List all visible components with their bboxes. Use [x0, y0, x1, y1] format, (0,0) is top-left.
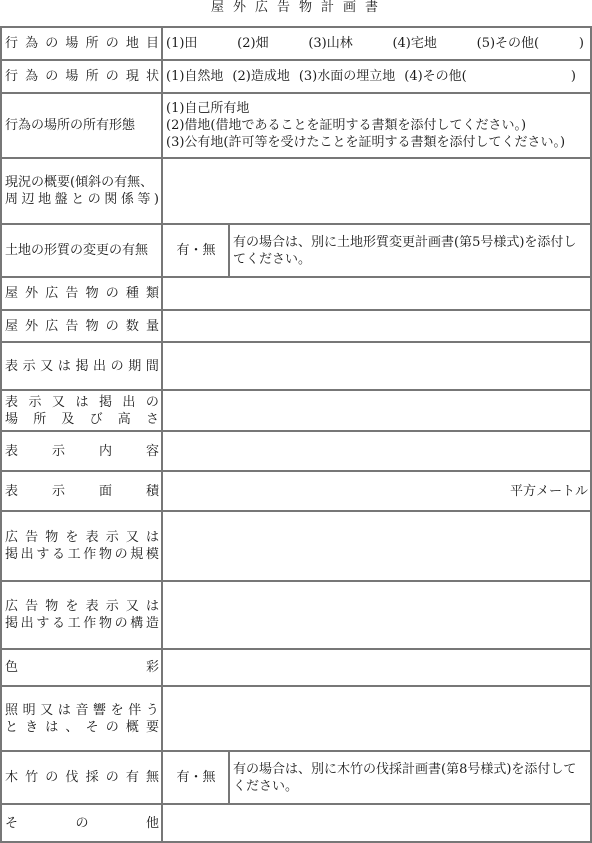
label-line-2: ときは、その概要: [5, 719, 159, 736]
option-residential[interactable]: (4)宅地: [392, 35, 436, 52]
field-display-content[interactable]: [162, 431, 591, 471]
field-ad-quantity[interactable]: [162, 310, 591, 342]
option-reclaimed-land[interactable]: (3)水面の埋立地: [299, 68, 395, 85]
row-display-period: 表示又は掲出の期間: [1, 342, 591, 390]
field-structure-scale[interactable]: [162, 511, 591, 581]
label-line-1: 広告物を表示又は: [5, 529, 159, 546]
label-tree-felling: 木竹の伐採の有無: [1, 751, 162, 804]
label-land-status: 行為の場所の現状: [1, 60, 162, 93]
field-display-area[interactable]: 平方メートル: [162, 471, 591, 511]
land-change-yes-no[interactable]: 有・無: [162, 224, 229, 277]
label-lighting-sound: 照明又は音響を伴う ときは、その概要: [1, 686, 162, 751]
label-display-area-text: 表示面積: [5, 483, 159, 500]
label-display-period-text: 表示又は掲出の期間: [5, 358, 159, 375]
option-natural-land[interactable]: (1)自然地: [166, 68, 223, 85]
row-ownership: 行為の場所の所有形態 (1)自己所有地 (2)借地(借地であることを証明する書類…: [1, 93, 591, 158]
label-line-2: 掲出する工作物の規模: [5, 546, 159, 563]
field-display-location[interactable]: [162, 390, 591, 431]
other-close-paren: ): [579, 35, 584, 52]
land-status-options: (1)自然地 (2)造成地 (3)水面の埋立地 (4)その他( ): [166, 68, 588, 85]
field-current-overview[interactable]: [162, 158, 591, 224]
label-line-1: 照明又は音響を伴う: [5, 702, 159, 719]
option-farm-field[interactable]: (2)畑: [237, 35, 268, 52]
label-structure-construction: 広告物を表示又は 掲出する工作物の構造: [1, 581, 162, 649]
option-other[interactable]: (4)その他(: [404, 68, 467, 85]
label-line-2: 場所及び高さ: [5, 411, 159, 428]
label-line-1: 広告物を表示又は: [5, 598, 159, 615]
field-land-category[interactable]: (1)田 (2)畑 (3)山林 (4)宅地 (5)その他( ): [162, 27, 591, 60]
option-developed-land[interactable]: (2)造成地: [232, 68, 289, 85]
label-land-status-text: 行為の場所の現状: [5, 68, 159, 85]
field-ad-type[interactable]: [162, 277, 591, 310]
row-current-overview: 現況の概要(傾斜の有無、 周辺地盤との関係等): [1, 158, 591, 224]
other-close-paren: ): [571, 68, 584, 85]
option-forest[interactable]: (3)山林: [308, 35, 352, 52]
page-title: 屋外広告物計画書: [0, 0, 592, 24]
label-ad-type-text: 屋外広告物の種類: [5, 285, 159, 302]
label-color-text: 色彩: [5, 659, 159, 676]
label-land-category: 行為の場所の地目: [1, 27, 162, 60]
label-color: 色彩: [1, 649, 162, 686]
label-ownership: 行為の場所の所有形態: [1, 93, 162, 158]
row-lighting-sound: 照明又は音響を伴う ときは、その概要: [1, 686, 591, 751]
label-land-category-text: 行為の場所の地目: [5, 35, 159, 52]
unit-square-meters: 平方メートル: [510, 484, 588, 499]
option-other[interactable]: (5)その他(: [477, 35, 540, 52]
field-ownership[interactable]: (1)自己所有地 (2)借地(借地であることを証明する書類を添付してください。)…: [162, 93, 591, 158]
label-line-1: 表示又は掲出の: [5, 394, 159, 411]
row-display-location: 表示又は掲出の 場所及び高さ: [1, 390, 591, 431]
field-land-status[interactable]: (1)自然地 (2)造成地 (3)水面の埋立地 (4)その他( ): [162, 60, 591, 93]
land-category-options: (1)田 (2)畑 (3)山林 (4)宅地 (5)その他( ): [166, 35, 588, 52]
advertisement-plan-form: 行為の場所の地目 (1)田 (2)畑 (3)山林 (4)宅地 (5)その他( )…: [0, 26, 592, 843]
label-display-area: 表示面積: [1, 471, 162, 511]
tree-felling-note: 有の場合は、別に木竹の伐採計画書(第8号様式)を添付してください。: [229, 751, 591, 804]
label-display-content-text: 表示内容: [5, 443, 159, 460]
land-change-note: 有の場合は、別に土地形質変更計画書(第5号様式)を添付してください。: [229, 224, 591, 277]
label-land-change: 土地の形質の変更の有無: [1, 224, 162, 277]
row-color: 色彩: [1, 649, 591, 686]
row-ad-type: 屋外広告物の種類: [1, 277, 591, 310]
tree-felling-yes-no[interactable]: 有・無: [162, 751, 229, 804]
label-line-2: 掲出する工作物の構造: [5, 615, 159, 632]
label-structure-scale: 広告物を表示又は 掲出する工作物の規模: [1, 511, 162, 581]
label-other-text: その他: [5, 815, 159, 832]
row-structure-scale: 広告物を表示又は 掲出する工作物の規模: [1, 511, 591, 581]
label-line-1: 現況の概要(傾斜の有無、: [5, 174, 159, 191]
field-display-period[interactable]: [162, 342, 591, 390]
label-display-content: 表示内容: [1, 431, 162, 471]
row-tree-felling: 木竹の伐採の有無 有・無 有の場合は、別に木竹の伐採計画書(第8号様式)を添付し…: [1, 751, 591, 804]
label-line-2: 周辺地盤との関係等): [5, 191, 159, 208]
field-structure-construction[interactable]: [162, 581, 591, 649]
field-lighting-sound[interactable]: [162, 686, 591, 751]
field-other[interactable]: [162, 804, 591, 842]
row-land-change: 土地の形質の変更の有無 有・無 有の場合は、別に土地形質変更計画書(第5号様式)…: [1, 224, 591, 277]
option-rice-field[interactable]: (1)田: [166, 35, 197, 52]
row-land-category: 行為の場所の地目 (1)田 (2)畑 (3)山林 (4)宅地 (5)その他( ): [1, 27, 591, 60]
field-color[interactable]: [162, 649, 591, 686]
label-tree-felling-text: 木竹の伐採の有無: [5, 769, 159, 786]
row-structure-construction: 広告物を表示又は 掲出する工作物の構造: [1, 581, 591, 649]
label-ad-quantity: 屋外広告物の数量: [1, 310, 162, 342]
label-display-period: 表示又は掲出の期間: [1, 342, 162, 390]
option-public-land[interactable]: (3)公有地(許可等を受けたことを証明する書類を添付してください。): [166, 134, 588, 151]
row-display-area: 表示面積 平方メートル: [1, 471, 591, 511]
row-other: その他: [1, 804, 591, 842]
row-display-content: 表示内容: [1, 431, 591, 471]
label-ad-type: 屋外広告物の種類: [1, 277, 162, 310]
option-own-land[interactable]: (1)自己所有地: [166, 100, 588, 117]
row-ad-quantity: 屋外広告物の数量: [1, 310, 591, 342]
label-display-location: 表示又は掲出の 場所及び高さ: [1, 390, 162, 431]
label-other: その他: [1, 804, 162, 842]
option-leased-land[interactable]: (2)借地(借地であることを証明する書類を添付してください。): [166, 117, 588, 134]
row-land-status: 行為の場所の現状 (1)自然地 (2)造成地 (3)水面の埋立地 (4)その他(…: [1, 60, 591, 93]
label-ad-quantity-text: 屋外広告物の数量: [5, 318, 159, 335]
label-current-overview: 現況の概要(傾斜の有無、 周辺地盤との関係等): [1, 158, 162, 224]
